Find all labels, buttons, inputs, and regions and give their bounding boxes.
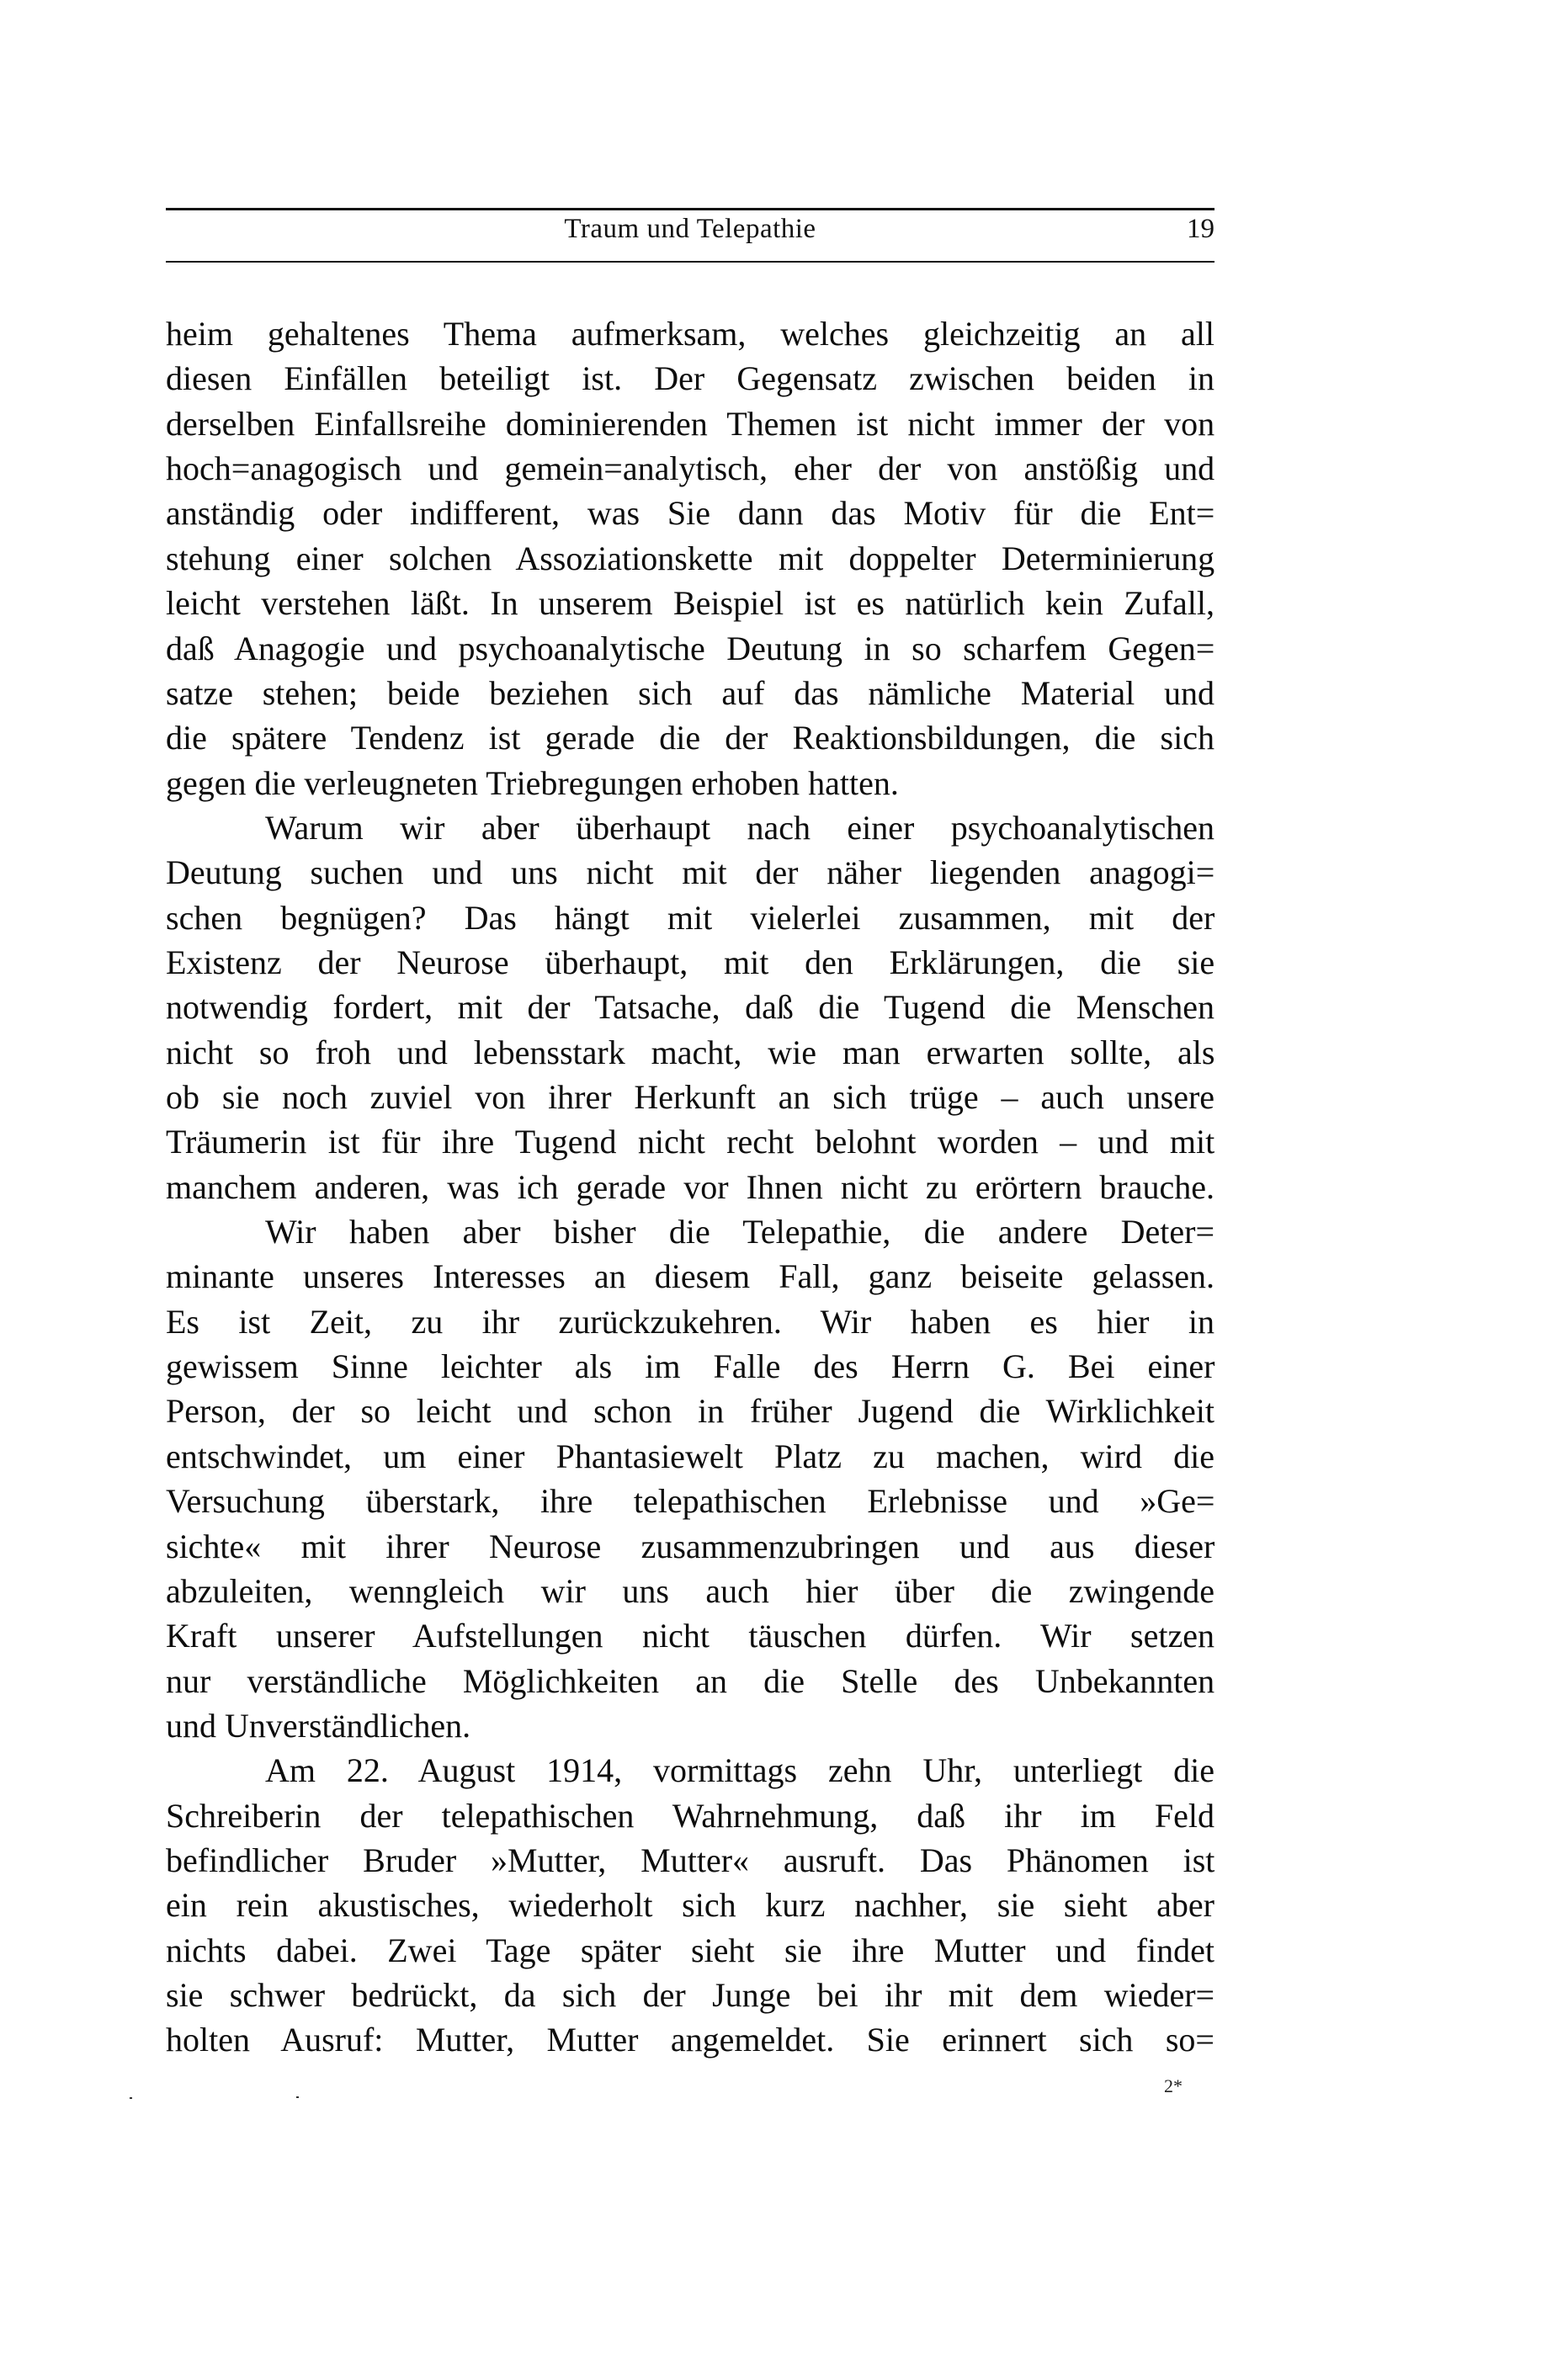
text-line: leicht verstehen läßt. In unserem Beispi… bbox=[166, 581, 1214, 625]
text-line: schen begnügen? Das hängt mit vielerlei … bbox=[166, 895, 1214, 940]
text-line: minante unseres Interesses an diesem Fal… bbox=[166, 1254, 1214, 1299]
text-line: gegen die verleugneten Triebregungen erh… bbox=[166, 761, 1214, 805]
text-line: abzuleiten, wenngleich wir uns auch hier… bbox=[166, 1569, 1214, 1613]
text-line: manchem anderen, was ich gerade vor Ihne… bbox=[166, 1165, 1214, 1209]
text-line: und Unverständlichen. bbox=[166, 1703, 1214, 1748]
page-number: 19 bbox=[1187, 212, 1214, 246]
text-line: nicht so froh und lebensstark macht, wie… bbox=[166, 1030, 1214, 1075]
text-line: daß Anagogie und psychoanalytische Deutu… bbox=[166, 626, 1214, 671]
scan-speck bbox=[296, 2096, 299, 2098]
text-line: sie schwer bedrückt, da sich der Junge b… bbox=[166, 1973, 1214, 2017]
text-line: entschwindet, um einer Phantasiewelt Pla… bbox=[166, 1434, 1214, 1479]
book-page: Traum und Telepathie 19 heim gehaltenes … bbox=[0, 0, 1552, 2380]
text-line: ein rein akustisches, wiederholt sich ku… bbox=[166, 1883, 1214, 1927]
text-line: holten Ausruf: Mutter, Mutter angemeldet… bbox=[166, 2017, 1214, 2062]
text-line: hoch=anagogisch und gemein=analytisch, e… bbox=[166, 446, 1214, 491]
paragraph-first-line: Wir haben aber bisher die Telepathie, di… bbox=[265, 1209, 1214, 1254]
text-line: derselben Einfallsreihe dominierenden Th… bbox=[166, 401, 1214, 446]
text-line: Existenz der Neurose überhaupt, mit den … bbox=[166, 940, 1214, 985]
paragraph-first-line: Am 22. August 1914, vormittags zehn Uhr,… bbox=[265, 1748, 1214, 1793]
text-line: stehung einer solchen Assoziationskette … bbox=[166, 536, 1214, 581]
text-line: diesen Einfällen beteiligt ist. Der Gege… bbox=[166, 356, 1214, 401]
header-rule-top bbox=[166, 208, 1214, 210]
text-line: sichte« mit ihrer Neurose zusammenzubrin… bbox=[166, 1524, 1214, 1569]
text-line: die spätere Tendenz ist gerade die der R… bbox=[166, 715, 1214, 760]
text-line: heim gehaltenes Thema aufmerksam, welche… bbox=[166, 311, 1214, 356]
text-line: gewissem Sinne leichter als im Falle des… bbox=[166, 1344, 1214, 1389]
text-line: ob sie noch zuviel von ihrer Herkunft an… bbox=[166, 1075, 1214, 1119]
text-line: anständig oder indifferent, was Sie dann… bbox=[166, 491, 1214, 535]
text-line: Schreiberin der telepathischen Wahrnehmu… bbox=[166, 1793, 1214, 1838]
text-line: satze stehen; beide beziehen sich auf da… bbox=[166, 671, 1214, 715]
text-line: befindlicher Bruder »Mutter, Mutter« aus… bbox=[166, 1838, 1214, 1883]
text-line: nur verständliche Möglichkeiten an die S… bbox=[166, 1659, 1214, 1703]
text-line: Kraft unserer Aufstellungen nicht täusch… bbox=[166, 1613, 1214, 1658]
text-line: Träumerin ist für ihre Tugend nicht rech… bbox=[166, 1119, 1214, 1164]
header-rule-bottom bbox=[166, 261, 1214, 263]
text-line: nichts dabei. Zwei Tage später sieht sie… bbox=[166, 1928, 1214, 1973]
signature-mark: 2* bbox=[1164, 2075, 1183, 2097]
running-title: Traum und Telepathie bbox=[166, 212, 1214, 246]
text-line: Person, der so leicht und schon in frühe… bbox=[166, 1389, 1214, 1433]
paragraph-first-line: Warum wir aber überhaupt nach einer psyc… bbox=[265, 805, 1214, 850]
text-line: notwendig fordert, mit der Tatsache, daß… bbox=[166, 985, 1214, 1029]
text-line: Es ist Zeit, zu ihr zurückzukehren. Wir … bbox=[166, 1299, 1214, 1344]
scan-speck bbox=[130, 2097, 132, 2099]
text-line: Versuchung überstark, ihre telepathische… bbox=[166, 1479, 1214, 1523]
text-line: Deutung suchen und uns nicht mit der näh… bbox=[166, 850, 1214, 895]
